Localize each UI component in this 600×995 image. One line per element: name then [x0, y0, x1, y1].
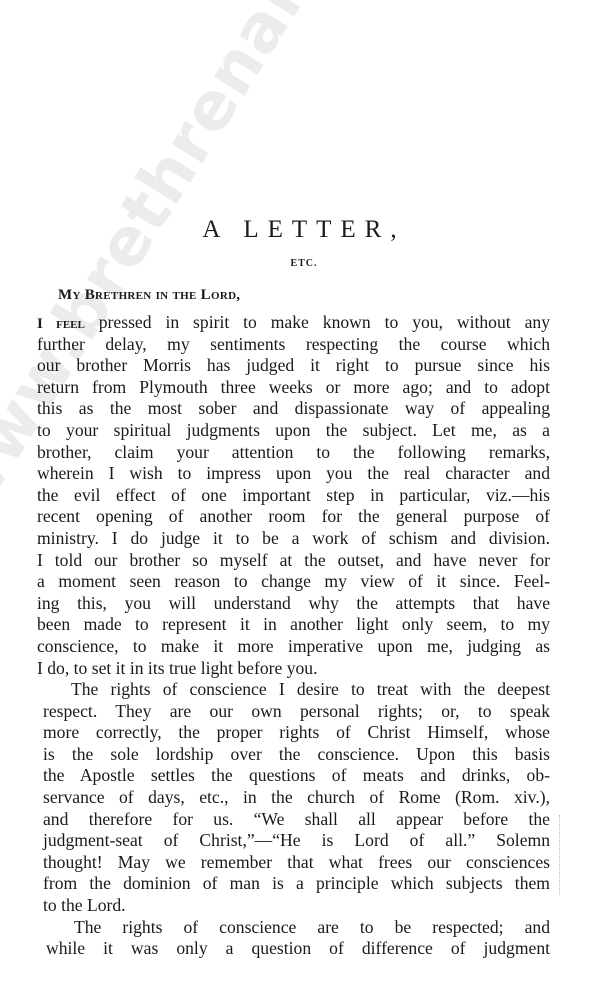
text-line: and therefore for us. “We shall all appe…: [43, 809, 550, 831]
salutation: My Brethren in the Lord,: [58, 287, 240, 304]
text-line: while it was only a question of differen…: [46, 938, 550, 960]
text-line: I do, to set it in its true light before…: [37, 658, 550, 680]
paragraph-1: I feel pressed in spirit to make known t…: [37, 312, 550, 679]
text-line: return from Plymouth three weeks or more…: [37, 377, 550, 399]
text-line: is the sole lordship over the conscience…: [43, 744, 550, 766]
text-line: further delay, my sentiments respecting …: [37, 334, 550, 356]
text-line: The rights of conscience are to be respe…: [46, 917, 550, 939]
text-line: ministry. I do judge it to be a work of …: [37, 528, 550, 550]
text-line: to your spiritual judgments upon the sub…: [37, 420, 550, 442]
page-title: A LETTER,: [0, 216, 600, 244]
text-line: conscience, to make it more imperative u…: [37, 636, 550, 658]
text-line: this as the most sober and dispassionate…: [37, 398, 550, 420]
text-line: I feel pressed in spirit to make known t…: [37, 312, 550, 334]
letter-body: I feel pressed in spirit to make known t…: [37, 312, 550, 960]
drop-lead-small-caps: I feel: [37, 316, 85, 332]
text-line: a moment seen reason to change my view o…: [37, 571, 550, 593]
text-line: recent opening of another room for the g…: [37, 506, 550, 528]
text-line: judgment-seat of Christ,”—“He is Lord of…: [43, 830, 550, 852]
text-line: been made to represent it in another lig…: [37, 614, 550, 636]
document-page: A LETTER, ETC. My Brethren in the Lord, …: [0, 0, 600, 995]
text-line: the Apostle settles the questions of mea…: [43, 765, 550, 787]
text-line: respect. They are our own personal right…: [43, 701, 550, 723]
text-line: to the Lord.: [43, 895, 550, 917]
paragraph-3: The rights of conscience are to be respe…: [46, 917, 550, 960]
page-subtitle: ETC.: [0, 258, 600, 269]
text-line: from the dominion of man is a principle …: [43, 873, 550, 895]
scan-margin-artifact: [559, 815, 564, 895]
text-line: our brother Morris has judged it right t…: [37, 355, 550, 377]
text-line: ing this, you will understand why the at…: [37, 593, 550, 615]
paragraph-2: The rights of conscience I desire to tre…: [43, 679, 550, 917]
text-line: more correctly, the proper rights of Chr…: [43, 722, 550, 744]
text-segment: pressed in spirit to make known to you, …: [85, 312, 550, 332]
text-line: brother, claim your attention to the fol…: [37, 442, 550, 464]
text-line: wherein I wish to impress upon you the r…: [37, 463, 550, 485]
text-line: thought! May we remember that what frees…: [43, 852, 550, 874]
text-line: servance of days, etc., in the church of…: [43, 787, 550, 809]
text-line: The rights of conscience I desire to tre…: [43, 679, 550, 701]
text-line: I told our brother so myself at the outs…: [37, 550, 550, 572]
text-line: the evil effect of one important step in…: [37, 485, 550, 507]
